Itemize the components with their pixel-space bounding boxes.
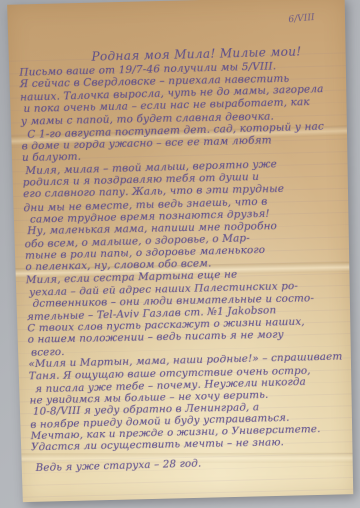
corner-date: 6/VIII bbox=[288, 13, 315, 26]
photo-background: 6/VIII Родная моя Мила! Милые мои! Письм… bbox=[0, 0, 360, 508]
letter-paper: 6/VIII Родная моя Мила! Милые мои! Письм… bbox=[7, 0, 353, 502]
letter-text: Родная моя Мила! Милые мои! Письмо ваше … bbox=[19, 43, 351, 473]
letter-line-signoff: Ведь я уже старуха – 28 год. bbox=[31, 453, 350, 474]
